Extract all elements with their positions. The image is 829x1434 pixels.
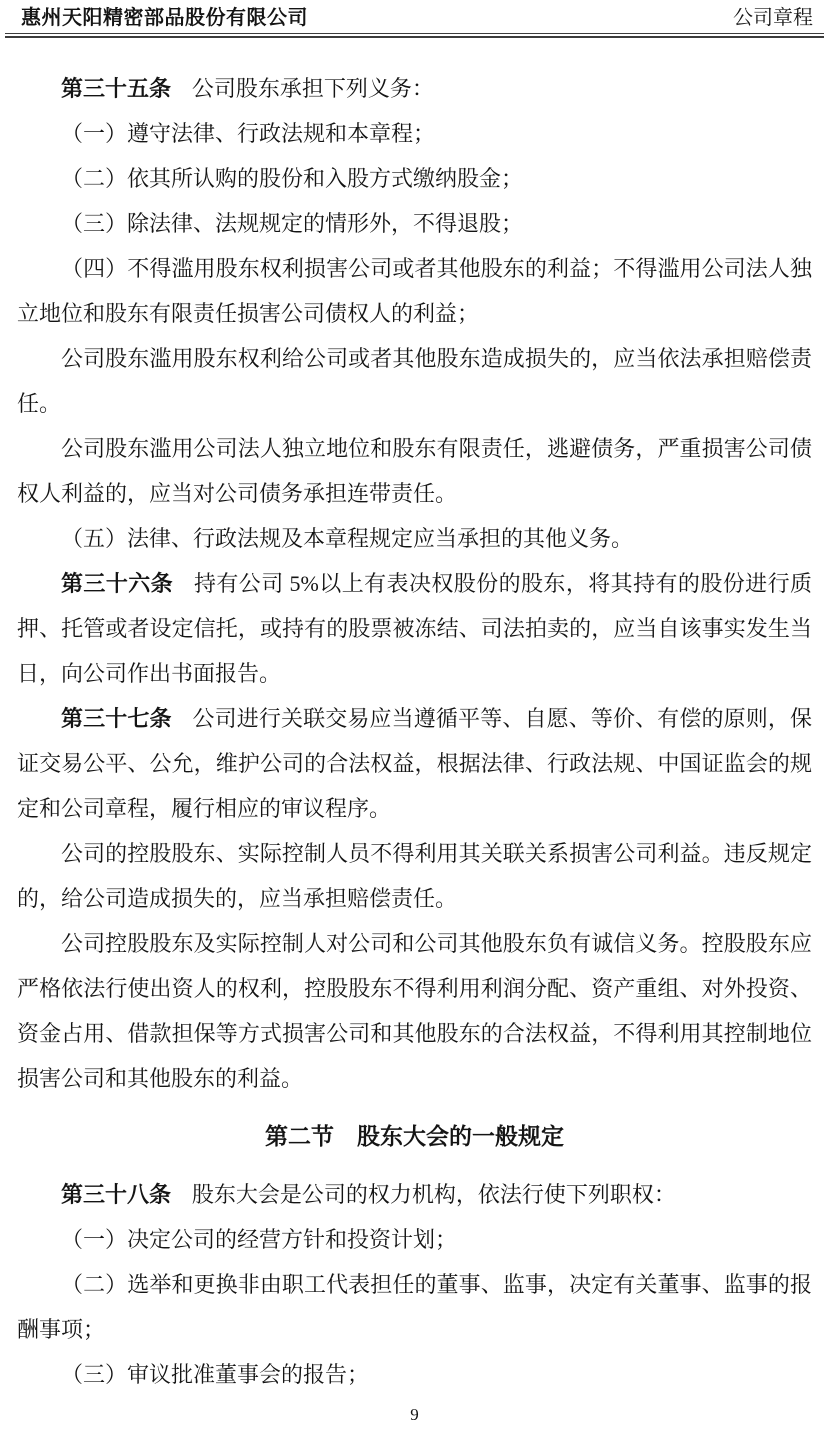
- section-heading: 第二节股东大会的一般规定: [17, 1114, 812, 1159]
- paragraph-text: （二）选举和更换非由职工代表担任的董事、监事，决定有关董事、监事的报酬事项；: [17, 1272, 812, 1342]
- paragraph-text: 公司股东滥用股东权利给公司或者其他股东造成损失的，应当依法承担赔偿责任。: [17, 346, 812, 416]
- article-number: 第三十七条: [61, 706, 172, 731]
- paragraph-text: 公司控股股东及实际控制人对公司和公司其他股东负有诚信义务。控股股东应严格依法行使…: [17, 931, 812, 1091]
- article-paragraph: 第三十七条公司进行关联交易应当遵循平等、自愿、等价、有偿的原则，保证交易公平、公…: [17, 696, 812, 831]
- body-paragraph: （一）遵守法律、行政法规和本章程；: [17, 111, 812, 156]
- body-paragraph: （三）审议批准董事会的报告；: [17, 1352, 812, 1397]
- paragraph-text: 公司股东承担下列义务：: [192, 76, 434, 101]
- article-paragraph: 第三十五条公司股东承担下列义务：: [17, 66, 812, 111]
- paragraph-text: 股东大会的一般规定: [357, 1124, 564, 1149]
- document-page: 惠州天阳精密部品股份有限公司 公司章程 第三十五条公司股东承担下列义务：（一）遵…: [0, 0, 829, 1434]
- paragraph-text: 公司股东滥用公司法人独立地位和股东有限责任，逃避债务，严重损害公司债权人利益的，…: [17, 436, 812, 506]
- body-paragraph: （五）法律、行政法规及本章程规定应当承担的其他义务。: [17, 516, 812, 561]
- article-paragraph: 第三十八条股东大会是公司的权力机构，依法行使下列职权：: [17, 1172, 812, 1217]
- page-number: 9: [410, 1405, 419, 1424]
- body-paragraph: 公司股东滥用公司法人独立地位和股东有限责任，逃避债务，严重损害公司债权人利益的，…: [17, 426, 812, 516]
- paragraph-text: （二）依其所认购的股份和入股方式缴纳股金；: [61, 166, 523, 191]
- body-paragraph: 公司的控股股东、实际控制人员不得利用其关联关系损害公司利益。违反规定的，给公司造…: [17, 831, 812, 921]
- header-doc-title: 公司章程: [733, 7, 813, 29]
- body-paragraph: 公司控股股东及实际控制人对公司和公司其他股东负有诚信义务。控股股东应严格依法行使…: [17, 921, 812, 1101]
- page-footer: 9: [0, 1405, 829, 1425]
- paragraph-text: （四）不得滥用股东权利损害公司或者其他股东的利益；不得滥用公司法人独立地位和股东…: [17, 256, 812, 326]
- article-number: 第三十五条: [61, 76, 171, 101]
- paragraph-text: 股东大会是公司的权力机构，依法行使下列职权：: [192, 1182, 676, 1207]
- paragraph-text: （一）遵守法律、行政法规和本章程；: [61, 121, 435, 146]
- article-paragraph: 第三十六条持有公司 5%以上有表决权股份的股东，将其持有的股份进行质押、托管或者…: [17, 561, 812, 696]
- paragraph-text: （五）法律、行政法规及本章程规定应当承担的其他义务。: [61, 526, 633, 551]
- body-paragraph: 公司股东滥用股东权利给公司或者其他股东造成损失的，应当依法承担赔偿责任。: [17, 336, 812, 426]
- paragraph-text: （三）审议批准董事会的报告；: [61, 1362, 369, 1387]
- page-header: 惠州天阳精密部品股份有限公司 公司章程: [0, 0, 829, 33]
- paragraph-text: （三）除法律、法规规定的情形外，不得退股；: [61, 211, 523, 236]
- body-paragraph: （二）依其所认购的股份和入股方式缴纳股金；: [17, 156, 812, 201]
- article-number: 第二节: [265, 1124, 334, 1149]
- body-paragraph: （四）不得滥用股东权利损害公司或者其他股东的利益；不得滥用公司法人独立地位和股东…: [17, 246, 812, 336]
- article-number: 第三十八条: [61, 1182, 171, 1207]
- header-divider-rule: [5, 33, 824, 38]
- body-paragraph: （二）选举和更换非由职工代表担任的董事、监事，决定有关董事、监事的报酬事项；: [17, 1262, 812, 1352]
- body-paragraph: （三）除法律、法规规定的情形外，不得退股；: [17, 201, 812, 246]
- document-body: 第三十五条公司股东承担下列义务：（一）遵守法律、行政法规和本章程；（二）依其所认…: [17, 66, 812, 1397]
- article-number: 第三十六条: [61, 571, 173, 596]
- body-paragraph: （一）决定公司的经营方针和投资计划；: [17, 1217, 812, 1262]
- header-company-name: 惠州天阳精密部品股份有限公司: [21, 7, 308, 29]
- paragraph-text: 公司的控股股东、实际控制人员不得利用其关联关系损害公司利益。违反规定的，给公司造…: [17, 841, 812, 911]
- paragraph-text: （一）决定公司的经营方针和投资计划；: [61, 1227, 457, 1252]
